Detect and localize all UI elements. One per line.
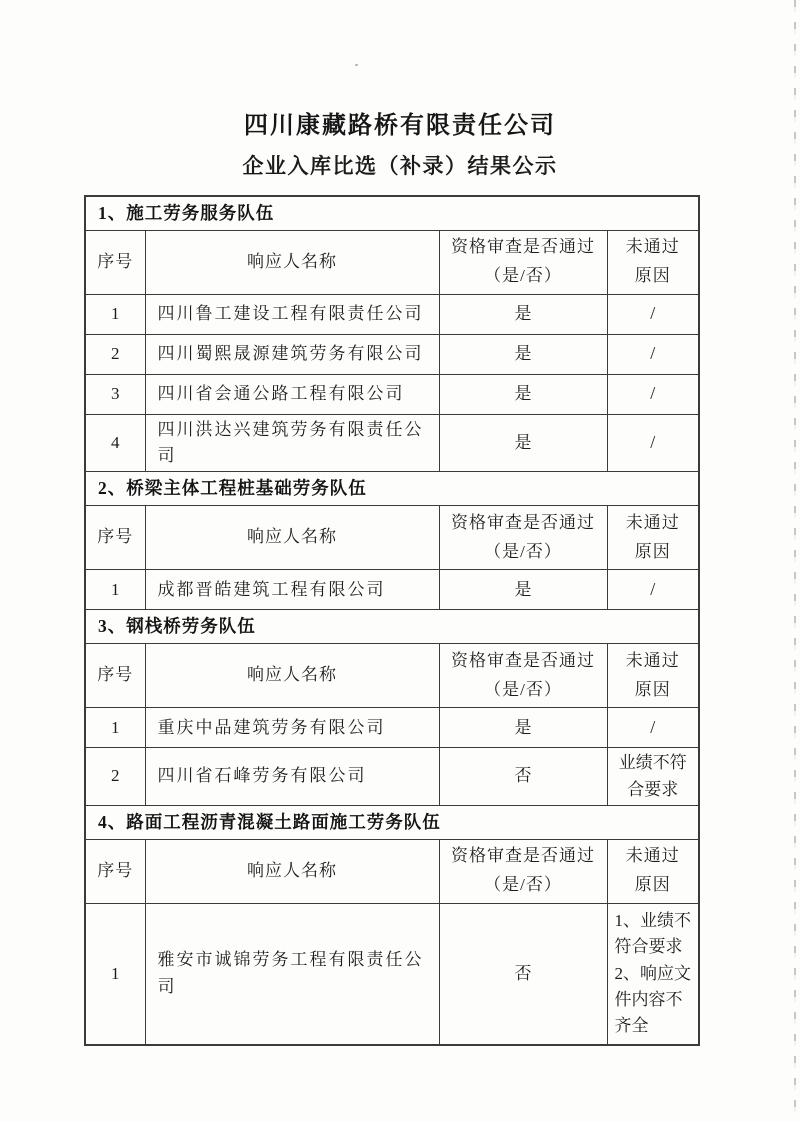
cell-name: 成都晋皓建筑工程有限公司 bbox=[145, 570, 439, 610]
cell-reason: / bbox=[607, 294, 699, 334]
cell-pass: 否 bbox=[439, 903, 607, 1044]
document-page: 四川康藏路桥有限责任公司 企业入库比选（补录）结果公示 1、施工劳务服务队伍 序… bbox=[0, 0, 800, 1122]
cell-pass: 是 bbox=[439, 414, 607, 472]
cell-index: 2 bbox=[85, 334, 145, 374]
cell-index: 1 bbox=[85, 903, 145, 1044]
column-header-name: 响应人名称 bbox=[145, 839, 439, 903]
cell-pass: 是 bbox=[439, 334, 607, 374]
column-header-row: 序号 响应人名称 资格审查是否通过 （是/否） 未通过 原因 bbox=[85, 230, 699, 294]
cell-index: 2 bbox=[85, 748, 145, 806]
cell-index: 3 bbox=[85, 374, 145, 414]
cell-name: 四川鲁工建设工程有限责任公司 bbox=[145, 294, 439, 334]
scan-speck bbox=[355, 64, 358, 66]
table-row: 1 成都晋皓建筑工程有限公司 是 / bbox=[85, 570, 699, 610]
section-title-row: 3、钢栈桥劳务队伍 bbox=[85, 610, 699, 644]
column-header-pass: 资格审查是否通过 （是/否） bbox=[439, 506, 607, 570]
column-header-index: 序号 bbox=[85, 644, 145, 708]
column-header-index: 序号 bbox=[85, 506, 145, 570]
column-header-row: 序号 响应人名称 资格审查是否通过 （是/否） 未通过 原因 bbox=[85, 839, 699, 903]
cell-pass: 否 bbox=[439, 748, 607, 806]
cell-name: 四川洪达兴建筑劳务有限责任公司 bbox=[145, 414, 439, 472]
column-header-pass: 资格审查是否通过 （是/否） bbox=[439, 839, 607, 903]
table-row: 1 重庆中品建筑劳务有限公司 是 / bbox=[85, 708, 699, 748]
cell-name: 重庆中品建筑劳务有限公司 bbox=[145, 708, 439, 748]
table-row: 1 雅安市诚锦劳务工程有限责任公司 否 1、业绩不 符合要求 2、响应文 件内容… bbox=[85, 903, 699, 1044]
cell-pass: 是 bbox=[439, 708, 607, 748]
section-title-row: 2、桥梁主体工程桩基础劳务队伍 bbox=[85, 472, 699, 506]
table-row: 2 四川蜀熙晟源建筑劳务有限公司 是 / bbox=[85, 334, 699, 374]
column-header-index: 序号 bbox=[85, 230, 145, 294]
cell-reason: / bbox=[607, 374, 699, 414]
column-header-reason: 未通过 原因 bbox=[607, 506, 699, 570]
section-3-title: 3、钢栈桥劳务队伍 bbox=[85, 610, 699, 644]
column-header-row: 序号 响应人名称 资格审查是否通过 （是/否） 未通过 原因 bbox=[85, 644, 699, 708]
results-table: 1、施工劳务服务队伍 序号 响应人名称 资格审查是否通过 （是/否） 未通过 原… bbox=[84, 195, 700, 1046]
column-header-reason: 未通过 原因 bbox=[607, 839, 699, 903]
table-row: 1 四川鲁工建设工程有限责任公司 是 / bbox=[85, 294, 699, 334]
cell-name: 四川省会通公路工程有限公司 bbox=[145, 374, 439, 414]
cell-reason: / bbox=[607, 334, 699, 374]
cell-name: 四川省石峰劳务有限公司 bbox=[145, 748, 439, 806]
column-header-reason: 未通过 原因 bbox=[607, 230, 699, 294]
table-row: 2 四川省石峰劳务有限公司 否 业绩不符 合要求 bbox=[85, 748, 699, 806]
cell-reason: 业绩不符 合要求 bbox=[607, 748, 699, 806]
column-header-name: 响应人名称 bbox=[145, 644, 439, 708]
page-subtitle: 企业入库比选（补录）结果公示 bbox=[0, 150, 800, 180]
cell-pass: 是 bbox=[439, 570, 607, 610]
section-4-title: 4、路面工程沥青混凝土路面施工劳务队伍 bbox=[85, 805, 699, 839]
cell-index: 1 bbox=[85, 570, 145, 610]
section-title-row: 1、施工劳务服务队伍 bbox=[85, 196, 699, 230]
cell-pass: 是 bbox=[439, 374, 607, 414]
section-title-row: 4、路面工程沥青混凝土路面施工劳务队伍 bbox=[85, 805, 699, 839]
cell-reason: / bbox=[607, 414, 699, 472]
section-1-title: 1、施工劳务服务队伍 bbox=[85, 196, 699, 230]
table-row: 3 四川省会通公路工程有限公司 是 / bbox=[85, 374, 699, 414]
column-header-pass: 资格审查是否通过 （是/否） bbox=[439, 230, 607, 294]
cell-name: 雅安市诚锦劳务工程有限责任公司 bbox=[145, 903, 439, 1044]
cell-reason: 1、业绩不 符合要求 2、响应文 件内容不 齐全 bbox=[607, 903, 699, 1044]
cell-reason: / bbox=[607, 708, 699, 748]
cell-index: 1 bbox=[85, 294, 145, 334]
page-title: 四川康藏路桥有限责任公司 bbox=[0, 105, 800, 140]
cell-name: 四川蜀熙晟源建筑劳务有限公司 bbox=[145, 334, 439, 374]
column-header-index: 序号 bbox=[85, 839, 145, 903]
column-header-reason: 未通过 原因 bbox=[607, 644, 699, 708]
column-header-name: 响应人名称 bbox=[145, 230, 439, 294]
column-header-row: 序号 响应人名称 资格审查是否通过 （是/否） 未通过 原因 bbox=[85, 506, 699, 570]
scan-edge-artifact bbox=[794, 0, 796, 1122]
cell-index: 1 bbox=[85, 708, 145, 748]
column-header-pass: 资格审查是否通过 （是/否） bbox=[439, 644, 607, 708]
section-2-title: 2、桥梁主体工程桩基础劳务队伍 bbox=[85, 472, 699, 506]
table-row: 4 四川洪达兴建筑劳务有限责任公司 是 / bbox=[85, 414, 699, 472]
cell-pass: 是 bbox=[439, 294, 607, 334]
column-header-name: 响应人名称 bbox=[145, 506, 439, 570]
cell-index: 4 bbox=[85, 414, 145, 472]
cell-reason: / bbox=[607, 570, 699, 610]
